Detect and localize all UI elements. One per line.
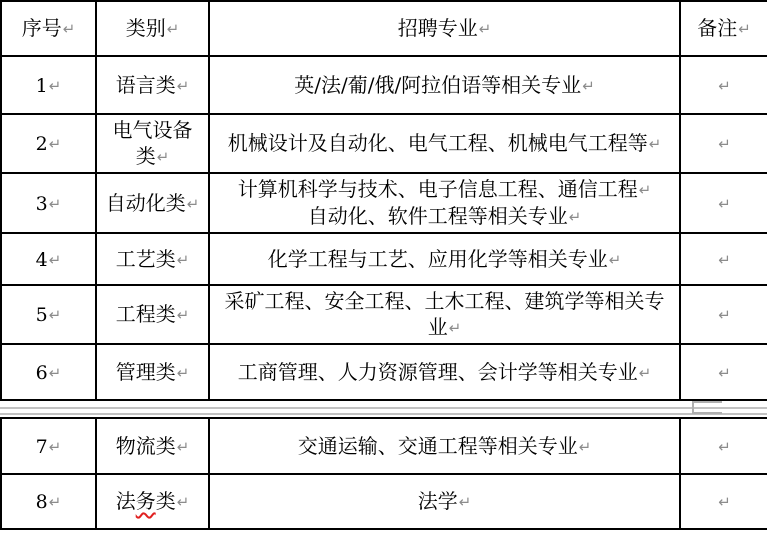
paragraph-mark-icon: ↵ [48, 306, 62, 324]
paragraph-mark-icon: ↵ [581, 77, 595, 95]
table-split-gap [0, 401, 767, 417]
paragraph-mark-icon: ↵ [578, 438, 592, 456]
recruitment-table-lower: 7↵ 物流类↵ 交通运输、交通工程等相关专业↵ ↵ 8↵ 法务类↵ 法学↵ ↵ [0, 417, 767, 530]
paragraph-mark-icon: ↵ [648, 135, 662, 153]
header-note-label: 备注 [697, 16, 737, 40]
spellcheck-flagged-text: 务 [136, 489, 156, 513]
header-majors: 招聘专业↵ [209, 1, 680, 56]
table-row: 6↵ 管理类↵ 工商管理、人力资源管理、会计学等相关专业↵ ↵ [1, 344, 767, 400]
paragraph-mark-icon: ↵ [737, 20, 751, 38]
row-7-category: 物流类↵ [96, 418, 209, 474]
paragraph-mark-icon: ↵ [48, 364, 62, 382]
majors-line: 业↵ [216, 314, 673, 341]
row-5-category: 工程类↵ [96, 285, 209, 344]
paragraph-mark-icon: ↵ [568, 208, 582, 226]
majors-line: 采矿工程、安全工程、土木工程、建筑学等相关专 [216, 288, 673, 314]
table-row: 5↵ 工程类↵ 采矿工程、安全工程、土木工程、建筑学等相关专 业↵ ↵ [1, 285, 767, 344]
majors-line: 自动化、软件工程等相关专业↵ [216, 203, 673, 230]
row-2-no: 2↵ [1, 114, 96, 173]
paragraph-mark-icon: ↵ [608, 251, 622, 269]
recruitment-table-upper: 序号↵ 类别↵ 招聘专业↵ 备注↵ 1↵ 语言类↵ 英/法/葡/俄/阿拉伯语等相… [0, 0, 767, 401]
row-8-majors: 法学↵ [209, 474, 680, 529]
paragraph-mark-icon: ↵ [176, 438, 190, 456]
row-7-no: 7↵ [1, 418, 96, 474]
header-no: 序号↵ [1, 1, 96, 56]
paragraph-mark-icon: ↵ [62, 20, 76, 38]
paragraph-mark-icon: ↵ [717, 195, 731, 213]
row-5-note: ↵ [680, 285, 767, 344]
paragraph-mark-icon: ↵ [176, 306, 190, 324]
row-1-no: 1↵ [1, 56, 96, 114]
paragraph-mark-icon: ↵ [638, 364, 652, 382]
row-8-note: ↵ [680, 474, 767, 529]
row-3-no: 3↵ [1, 173, 96, 233]
row-5-no: 5↵ [1, 285, 96, 344]
split-cell-outline [692, 401, 722, 414]
paragraph-mark-icon: ↵ [717, 493, 731, 511]
paragraph-mark-icon: ↵ [48, 195, 62, 213]
paragraph-mark-icon: ↵ [717, 77, 731, 95]
paragraph-mark-icon: ↵ [717, 364, 731, 382]
row-3-majors: 计算机科学与技术、电子信息工程、通信工程↵ 自动化、软件工程等相关专业↵ [209, 173, 680, 233]
paragraph-mark-icon: ↵ [48, 135, 62, 153]
table-row: 2↵ 电气设备类↵ 机械设计及自动化、电气工程、机械电气工程等↵ ↵ [1, 114, 767, 173]
word-document-table-page: 序号↵ 类别↵ 招聘专业↵ 备注↵ 1↵ 语言类↵ 英/法/葡/俄/阿拉伯语等相… [0, 0, 767, 548]
paragraph-mark-icon: ↵ [638, 181, 652, 199]
row-6-majors: 工商管理、人力资源管理、会计学等相关专业↵ [209, 344, 680, 400]
paragraph-mark-icon: ↵ [176, 493, 190, 511]
paragraph-mark-icon: ↵ [48, 493, 62, 511]
paragraph-mark-icon: ↵ [48, 77, 62, 95]
row-6-no: 6↵ [1, 344, 96, 400]
row-5-majors: 采矿工程、安全工程、土木工程、建筑学等相关专 业↵ [209, 285, 680, 344]
header-category: 类别↵ [96, 1, 209, 56]
paragraph-mark-icon: ↵ [717, 135, 731, 153]
table-row: 8↵ 法务类↵ 法学↵ ↵ [1, 474, 767, 529]
table-row: 7↵ 物流类↵ 交通运输、交通工程等相关专业↵ ↵ [1, 418, 767, 474]
paragraph-mark-icon: ↵ [176, 77, 190, 95]
majors-line: 计算机科学与技术、电子信息工程、通信工程↵ [216, 176, 673, 203]
paragraph-mark-icon: ↵ [717, 306, 731, 324]
header-row: 序号↵ 类别↵ 招聘专业↵ 备注↵ [1, 1, 767, 56]
row-2-majors: 机械设计及自动化、电气工程、机械电气工程等↵ [209, 114, 680, 173]
paragraph-mark-icon: ↵ [448, 319, 462, 337]
row-7-note: ↵ [680, 418, 767, 474]
header-note: 备注↵ [680, 1, 767, 56]
paragraph-mark-icon: ↵ [186, 195, 200, 213]
row-8-category: 法务类↵ [96, 474, 209, 529]
row-1-category: 语言类↵ [96, 56, 209, 114]
row-8-no: 8↵ [1, 474, 96, 529]
header-majors-label: 招聘专业 [398, 16, 478, 40]
row-1-note: ↵ [680, 56, 767, 114]
paragraph-mark-icon: ↵ [478, 20, 492, 38]
row-2-category: 电气设备类↵ [96, 114, 209, 173]
paragraph-mark-icon: ↵ [717, 438, 731, 456]
row-2-note: ↵ [680, 114, 767, 173]
paragraph-mark-icon: ↵ [176, 251, 190, 269]
row-4-no: 4↵ [1, 233, 96, 285]
paragraph-mark-icon: ↵ [166, 20, 180, 38]
paragraph-mark-icon: ↵ [458, 493, 472, 511]
header-no-label: 序号 [22, 16, 62, 40]
row-6-note: ↵ [680, 344, 767, 400]
row-4-category: 工艺类↵ [96, 233, 209, 285]
split-guide-line [0, 407, 767, 409]
row-4-note: ↵ [680, 233, 767, 285]
table-row: 1↵ 语言类↵ 英/法/葡/俄/阿拉伯语等相关专业↵ ↵ [1, 56, 767, 114]
paragraph-mark-icon: ↵ [176, 364, 190, 382]
paragraph-mark-icon: ↵ [48, 251, 62, 269]
row-3-category: 自动化类↵ [96, 173, 209, 233]
row-3-note: ↵ [680, 173, 767, 233]
paragraph-mark-icon: ↵ [717, 251, 731, 269]
row-4-majors: 化学工程与工艺、应用化学等相关专业↵ [209, 233, 680, 285]
row-7-majors: 交通运输、交通工程等相关专业↵ [209, 418, 680, 474]
paragraph-mark-icon: ↵ [48, 438, 62, 456]
paragraph-mark-icon: ↵ [156, 148, 170, 166]
split-guide-line [0, 413, 767, 415]
table-row: 4↵ 工艺类↵ 化学工程与工艺、应用化学等相关专业↵ ↵ [1, 233, 767, 285]
table-row: 3↵ 自动化类↵ 计算机科学与技术、电子信息工程、通信工程↵ 自动化、软件工程等… [1, 173, 767, 233]
row-6-category: 管理类↵ [96, 344, 209, 400]
row-1-majors: 英/法/葡/俄/阿拉伯语等相关专业↵ [209, 56, 680, 114]
header-category-label: 类别 [126, 16, 166, 40]
